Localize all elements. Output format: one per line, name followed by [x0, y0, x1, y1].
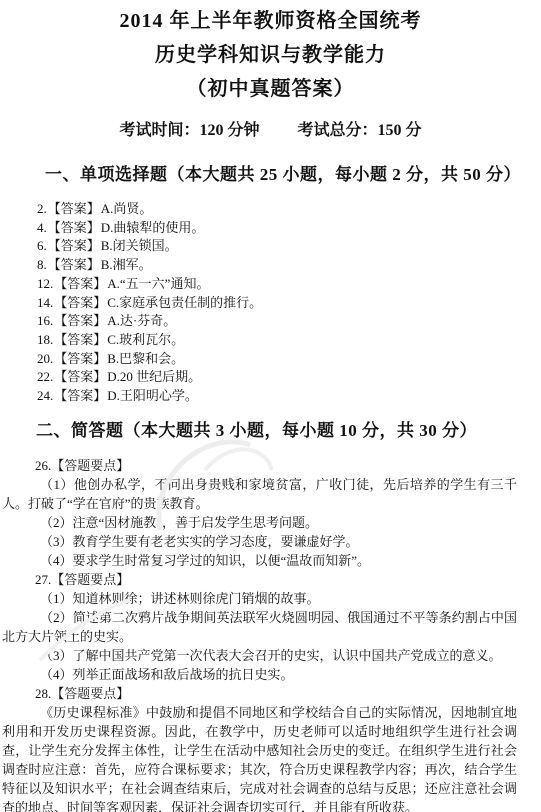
answer-tag: 【答案】	[54, 276, 106, 291]
answer-text: D.20 世纪后期。	[107, 369, 201, 384]
answer-tag: 【答案】	[48, 201, 100, 216]
answer-point: （3）教育学生要有老老实实的学习态度，要谦虚好学。	[2, 532, 517, 551]
answer-block-26: 26.【答题要点】 （1）他创办私学，不问出身贵贱和家境贫富，广收门徒，先后培养…	[2, 456, 517, 570]
answer-tag: 【答案】	[54, 351, 106, 366]
answer-block-label: 27.【答题要点】	[2, 570, 517, 589]
answer-point: （1）知道林则徐；讲述林则徐虎门销烟的故事。	[2, 589, 517, 608]
answer-text: B.湘军。	[101, 257, 152, 272]
answer-no: 14.	[37, 295, 53, 310]
answer-tag: 【答案】	[48, 220, 100, 235]
answer-item: 22.【答案】D.20 世纪后期。	[37, 368, 541, 387]
answer-item: 2.【答案】A.尚贤。	[37, 200, 541, 219]
document-title: 2014 年上半年教师资格全国统考 历史学科知识与教学能力 （初中真题答案）	[0, 0, 541, 106]
answer-text: C.家庭承包责任制的推行。	[107, 295, 262, 310]
section1-heading: 一、单项选择题（本大题共 25 小题，每小题 2 分，共 50 分）	[0, 163, 541, 187]
answer-block-28: 28.【答题要点】 《历史课程标准》中鼓励和提倡不同地区和学校结合自己的实际情况…	[2, 684, 517, 812]
answer-no: 24.	[37, 388, 53, 403]
section2-heading: 二、简答题（本大题共 3 小题，每小题 10 分，共 30 分）	[0, 419, 541, 443]
answer-item: 18.【答案】C.玻利瓦尔。	[37, 331, 541, 350]
answer-tag: 【答案】	[48, 238, 100, 253]
exam-info-row: 考试时间：120 分钟 考试总分：150 分	[0, 120, 541, 141]
answer-point: （1）他创办私学，不问出身贵贱和家境贫富，广收门徒，先后培养的学生有三千人。打破…	[2, 475, 517, 513]
answer-no: 2.	[37, 201, 47, 216]
answer-item: 6.【答案】B.闭关锁国。	[37, 237, 541, 256]
title-line-2: 历史学科知识与教学能力	[0, 38, 541, 72]
answer-no: 4.	[37, 220, 47, 235]
answer-text: A.“五一六”通知。	[107, 276, 209, 291]
answer-text: B.闭关锁国。	[101, 238, 178, 253]
answer-tag: 【答案】	[54, 313, 106, 328]
document-page: 2014 年上半年教师资格全国统考 历史学科知识与教学能力 （初中真题答案） 考…	[0, 0, 541, 812]
exam-time-text: 考试时间：120 分钟	[119, 120, 259, 141]
answer-block-27: 27.【答题要点】 （1）知道林则徐；讲述林则徐虎门销烟的故事。 （2）简述第二…	[2, 570, 517, 684]
answer-text: A.尚贤。	[101, 201, 153, 216]
answer-point: （4）列举正面战场和敌后战场的抗日史实。	[2, 665, 517, 684]
answer-item: 8.【答案】B.湘军。	[37, 256, 541, 275]
answer-tag: 【答案】	[54, 332, 106, 347]
answer-block-label: 28.【答题要点】	[2, 684, 517, 703]
answer-tag: 【答案】	[54, 295, 106, 310]
answer-text: D.曲辕犁的使用。	[101, 220, 205, 235]
answer-point: 《历史课程标准》中鼓励和提倡不同地区和学校结合自己的实际情况，因地制宜地利用和开…	[2, 703, 517, 812]
answer-text: B.巴黎和会。	[107, 351, 184, 366]
answer-no: 16.	[37, 313, 53, 328]
answer-point: （4）要求学生时常复习学过的知识，以便“温故而知新”。	[2, 551, 517, 570]
answer-tag: 【答案】	[54, 369, 106, 384]
title-line-3: （初中真题答案）	[0, 72, 541, 106]
answer-no: 22.	[37, 369, 53, 384]
answer-no: 6.	[37, 238, 47, 253]
answer-item: 12.【答案】A.“五一六”通知。	[37, 275, 541, 294]
short-answer-blocks: 26.【答题要点】 （1）他创办私学，不问出身贵贱和家境贫富，广收门徒，先后培养…	[0, 456, 541, 812]
answer-tag: 【答案】	[48, 257, 100, 272]
answer-no: 18.	[37, 332, 53, 347]
answer-item: 20.【答案】B.巴黎和会。	[37, 350, 541, 369]
answer-item: 16.【答案】A.达·芬奇。	[37, 312, 541, 331]
answer-point: （2）简述第二次鸦片战争期间英法联军火烧圆明园、俄国通过不平等条约割占中国北方大…	[2, 608, 517, 646]
answer-text: D.王阳明心学。	[107, 388, 198, 403]
answer-item: 14.【答案】C.家庭承包责任制的推行。	[37, 294, 541, 313]
exam-total-score-text: 考试总分：150 分	[298, 120, 422, 141]
answer-tag: 【答案】	[54, 388, 106, 403]
answer-point: （2）注意“因材施教”，善于启发学生思考问题。	[2, 513, 517, 532]
answer-no: 20.	[37, 351, 53, 366]
answer-point: （3）了解中国共产党第一次代表大会召开的史实，认识中国共产党成立的意义。	[2, 646, 517, 665]
answer-text: A.达·芬奇。	[107, 313, 176, 328]
title-line-1: 2014 年上半年教师资格全国统考	[0, 4, 541, 38]
answer-block-label: 26.【答题要点】	[2, 456, 517, 475]
answer-item: 4.【答案】D.曲辕犁的使用。	[37, 219, 541, 238]
answer-item: 24.【答案】D.王阳明心学。	[37, 387, 541, 406]
answer-no: 12.	[37, 276, 53, 291]
answer-no: 8.	[37, 257, 47, 272]
answer-list: 2.【答案】A.尚贤。 4.【答案】D.曲辕犁的使用。 6.【答案】B.闭关锁国…	[0, 200, 541, 406]
answer-text: C.玻利瓦尔。	[107, 332, 184, 347]
